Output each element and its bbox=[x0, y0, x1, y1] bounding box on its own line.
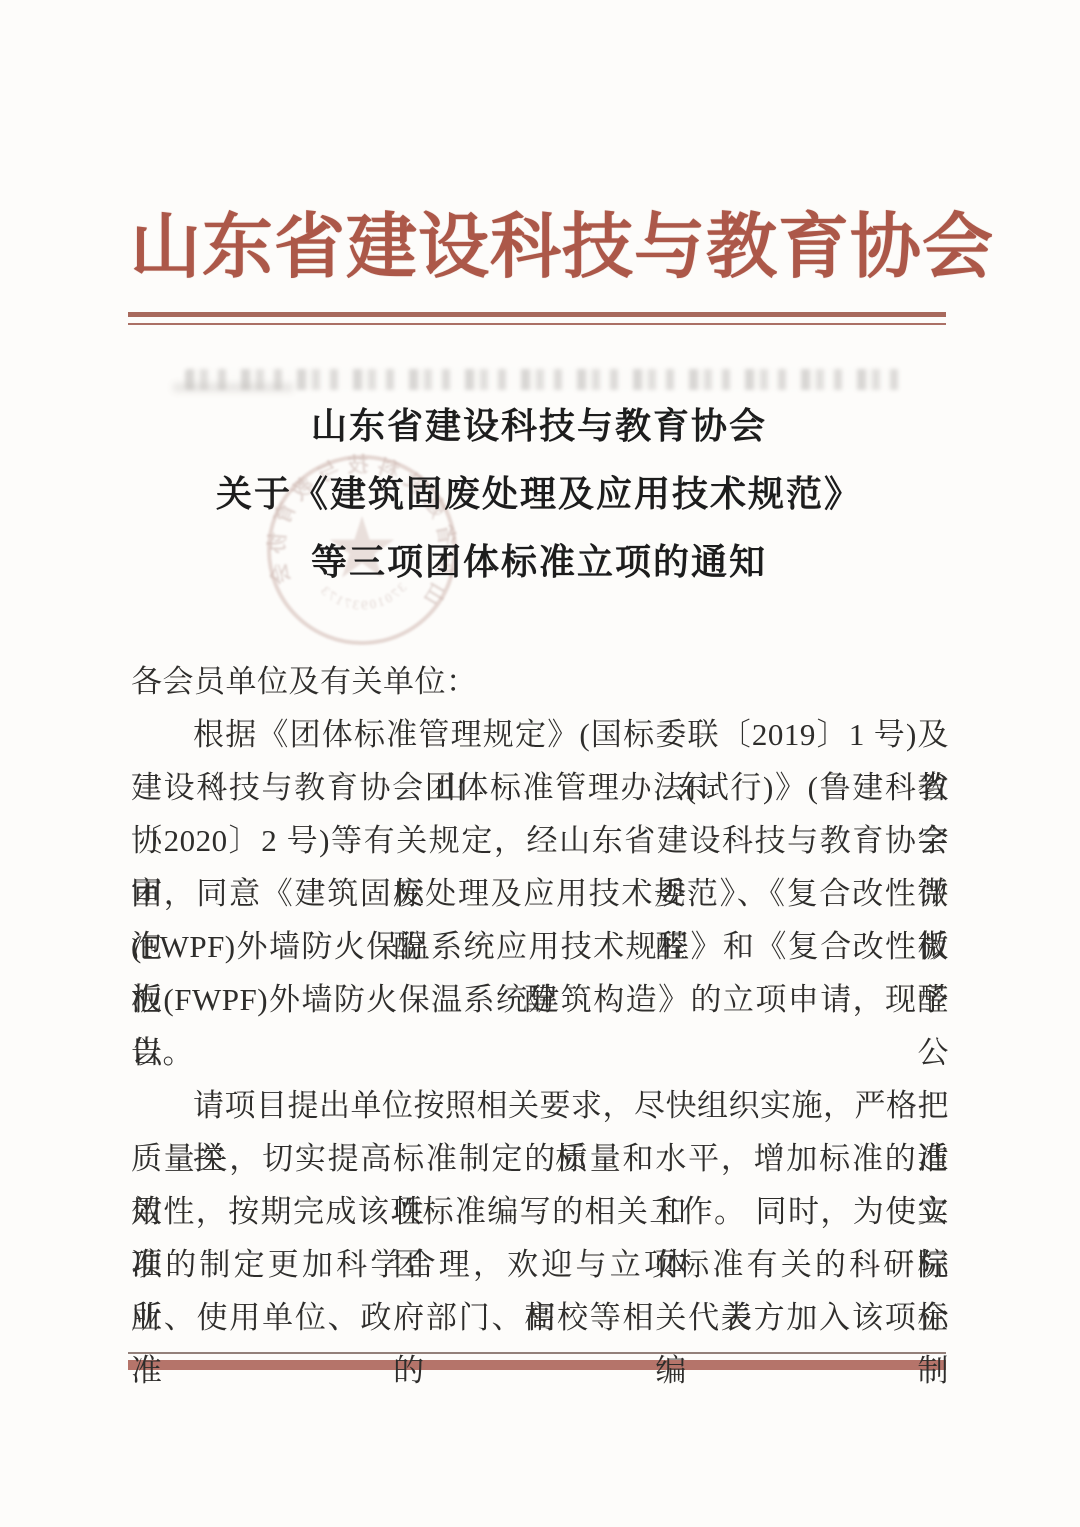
doc-title: 山东省建设科技与教育协会 关于《建筑固废处理及应用技术规范》 等三项团体标准立项… bbox=[130, 392, 948, 596]
body-line: 质量关，切实提高标准制定的质量和水平，增加标准的适用性和实 bbox=[131, 1132, 949, 1185]
body-line: 建设科技与教育协会团体标准管理办法(试行)》(鲁建科教协字 bbox=[131, 761, 949, 814]
body-line: 准的制定更加科学合理，欢迎与立项标准有关的科研院所、相关企 bbox=[131, 1238, 949, 1291]
body-line: 请项目提出单位按照相关要求，尽快组织实施，严格把控标准 bbox=[131, 1079, 949, 1132]
salutation-line: 各会员单位及有关单位： bbox=[131, 655, 949, 708]
body-line: (FWPF)外墙防火保温系统应用技术规程》和《复合改性微泡酚醛 bbox=[131, 920, 949, 973]
top-rule-thin bbox=[128, 323, 946, 325]
top-rule-thick bbox=[128, 312, 946, 317]
doc-title-line-2: 关于《建筑固废处理及应用技术规范》 bbox=[130, 460, 948, 528]
body-line: 审，同意《建筑固废处理及应用技术规范》、《复合改性微泡酚醛板 bbox=[131, 867, 949, 920]
body-line: 根据《团体标准管理规定》(国标委联〔2019〕1 号)及《山东省 bbox=[131, 708, 949, 761]
body-text: 各会员单位及有关单位： 根据《团体标准管理规定》(国标委联〔2019〕1 号)及… bbox=[131, 655, 949, 1344]
body-line: 效性，按期完成该项标准编写的相关工作。 同时，为使立项团体标 bbox=[131, 1185, 949, 1238]
document-page: 山东省建设科技与教育协会 山东省建设科技与教育协会 3701093717319 … bbox=[0, 0, 1080, 1527]
doc-title-line-1: 山东省建设科技与教育协会 bbox=[130, 392, 948, 460]
bleedthrough-smudge bbox=[185, 369, 900, 390]
doc-title-line-3: 等三项团体标准立项的通知 bbox=[130, 528, 948, 596]
letterhead-title: 山东省建设科技与教育协会 bbox=[130, 204, 948, 292]
body-line: 板(FWPF)外墙防火保温系统建筑构造》的立项申请，现予以公 bbox=[131, 973, 949, 1026]
body-line: 〔2020〕2 号)等有关规定，经山东省建设科技与教育协会团标委评 bbox=[131, 814, 949, 867]
body-line: 业、使用单位、政府部门、高校等相关代表方加入该项标准的编制 bbox=[131, 1291, 949, 1344]
